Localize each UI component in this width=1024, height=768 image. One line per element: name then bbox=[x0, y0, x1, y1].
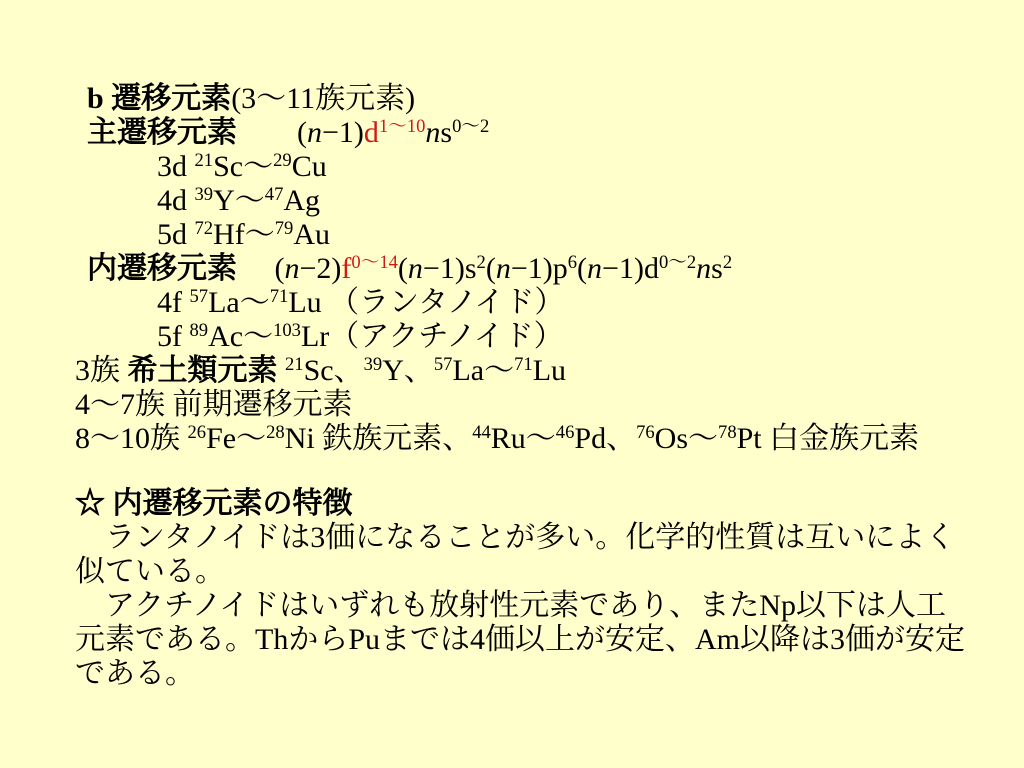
blank-line bbox=[75, 456, 965, 487]
line-4d-series: 4d 39Y～47Ag bbox=[157, 184, 965, 218]
line-inner-transition-features-heading: ☆ 内遷移元素の特徴 bbox=[75, 487, 965, 521]
line-4f-series: 4f 57La～71Lu （ランタノイド） bbox=[157, 286, 965, 320]
slide-text: b 遷移元素(3～11族元素)主遷移元素 (n−1)d1～10ns0～23d 2… bbox=[75, 82, 965, 691]
line-group8-10-iron-platinum: 8～10族 26Fe～28Ni 鉄族元素、44Ru～46Pd、76Os～78Pt… bbox=[75, 422, 965, 456]
line-heading-transition-elements: b 遷移元素(3～11族元素) bbox=[87, 82, 965, 116]
line-actinoid-text-2: 元素である。ThからPuまでは4価以上が安定、Am以降は3価が安定 bbox=[75, 623, 965, 657]
line-actinoid-text-1: アクチノイドはいずれも放射性元素であり、またNp以下は人工 bbox=[75, 589, 965, 623]
line-5d-series: 5d 72Hf～79Au bbox=[157, 218, 965, 252]
line-group4-7-early-transition: 4～7族 前期遷移元素 bbox=[75, 388, 965, 422]
line-actinoid-text-3: である。 bbox=[75, 657, 965, 691]
line-lanthanoid-text-2: 似ている。 bbox=[75, 555, 965, 589]
line-inner-transition-config: 内遷移元素 (n−2)f0～14(n−1)s2(n−1)p6(n−1)d0～2n… bbox=[87, 252, 965, 286]
line-lanthanoid-text-1: ランタノイドは3価になることが多い。化学的性質は互いによく bbox=[75, 521, 965, 555]
slide-canvas: b 遷移元素(3～11族元素)主遷移元素 (n−1)d1～10ns0～23d 2… bbox=[0, 0, 1024, 768]
line-3d-series: 3d 21Sc～29Cu bbox=[157, 150, 965, 184]
line-group3-rare-earth: 3族 希土類元素 21Sc、39Y、57La～71Lu bbox=[75, 354, 965, 388]
line-5f-series: 5f 89Ac～103Lr（アクチノイド） bbox=[157, 320, 965, 354]
line-main-transition-config: 主遷移元素 (n−1)d1～10ns0～2 bbox=[87, 116, 965, 150]
